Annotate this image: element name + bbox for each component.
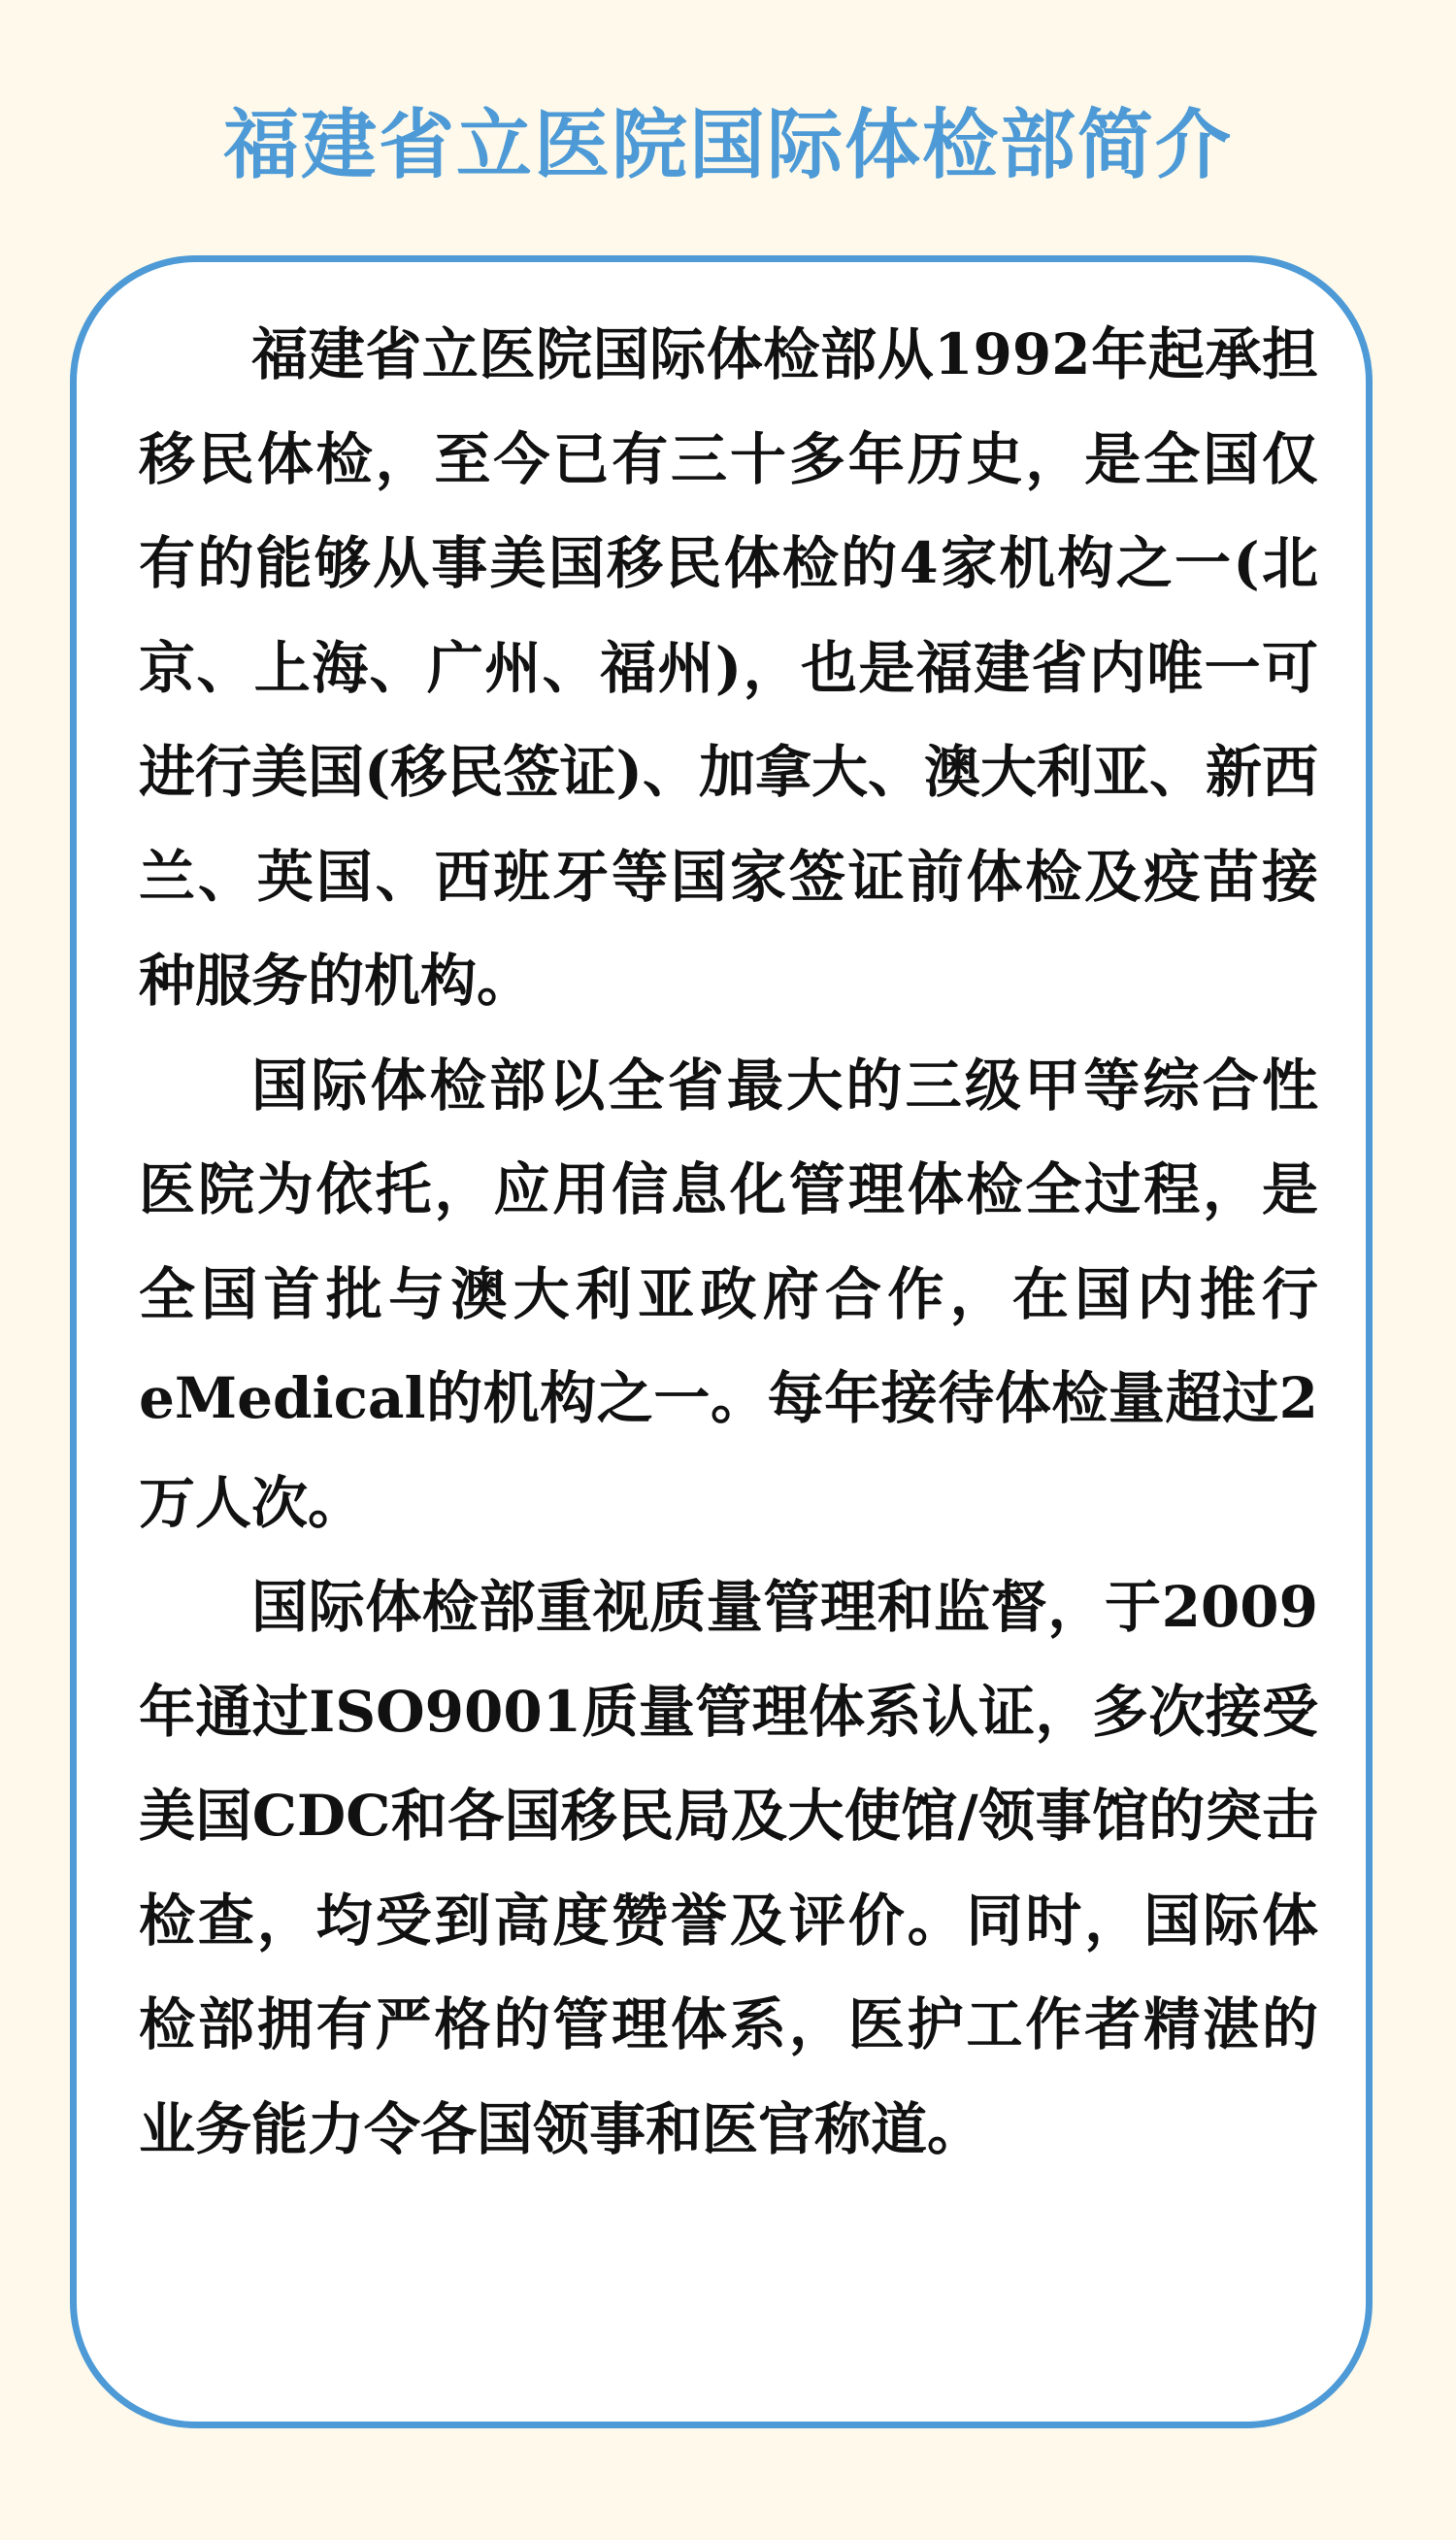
paragraph-services: 国际体检部以全省最大的三级甲等综合性医院为依托，应用信息化管理体检全过程，是全国… [139,1034,1318,1556]
intro-content: 福建省立医院国际体检部从1992年起承担移民体检，至今已有三十多年历史，是全国仅… [139,303,1318,2182]
paragraph-quality: 国际体检部重视质量管理和监督，于2009年通过ISO9001质量管理体系认证，多… [139,1555,1318,2182]
paragraph-history: 福建省立医院国际体检部从1992年起承担移民体检，至今已有三十多年历史，是全国仅… [139,303,1318,1034]
page-title: 福建省立医院国际体检部简介 [0,97,1456,194]
